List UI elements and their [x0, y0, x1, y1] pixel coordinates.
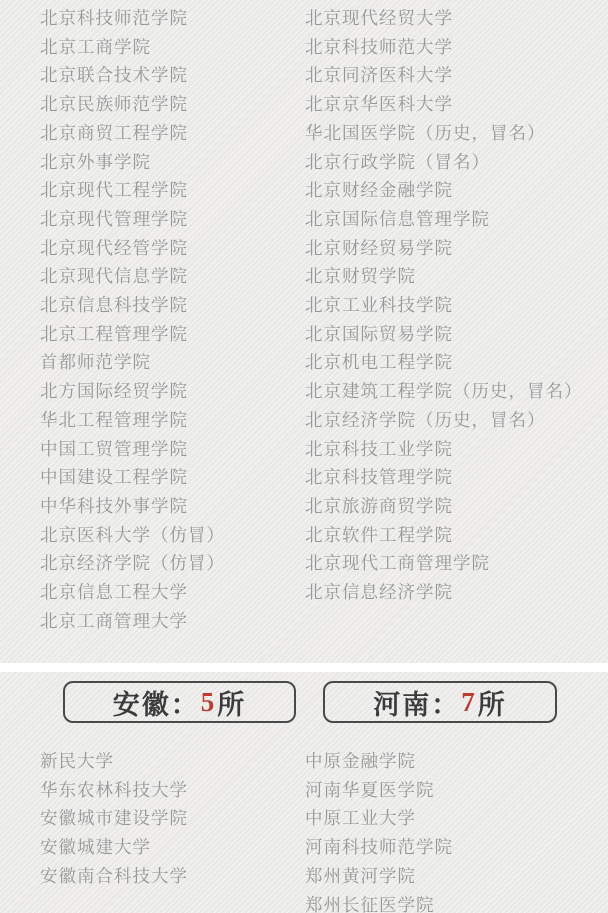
list-item: 中原金融学院: [305, 747, 453, 776]
list-item: 北京现代管理学院: [40, 205, 225, 234]
list-item: 北京现代信息学院: [40, 262, 225, 291]
list-item: 北京工商学院: [40, 33, 225, 62]
list-item: 北京科技管理学院: [305, 463, 583, 492]
region-count-suffix: 所: [217, 683, 246, 722]
list-item: 北京财经贸易学院: [305, 234, 583, 263]
list-item: 河南科技师范学院: [305, 833, 453, 862]
list-item: 安徽南合科技大学: [40, 862, 188, 891]
list-item: 北京外事学院: [40, 148, 225, 177]
list-item: 北京工商管理大学: [40, 607, 225, 636]
list-item: 北京京华医科大学: [305, 90, 583, 119]
region-header-henan: 河南： 7 所: [323, 681, 557, 723]
list-item: 郑州黄河学院: [305, 862, 453, 891]
list-item: 北京经济学院（仿冒）: [40, 549, 225, 578]
list-item: 郑州长征医学院: [305, 891, 453, 913]
list-item: 北京国际信息管理学院: [305, 205, 583, 234]
list-item: 北京科技工业学院: [305, 435, 583, 464]
list-item: 北京联合技术学院: [40, 61, 225, 90]
list-item: 北京经济学院（历史，冒名）: [305, 406, 583, 435]
region-count-suffix: 所: [478, 683, 507, 722]
top-section-left-column: 北京科技师范学院北京工商学院北京联合技术学院北京民族师范学院北京商贸工程学院北京…: [40, 4, 225, 635]
list-item: 中华科技外事学院: [40, 492, 225, 521]
list-item: 中国工贸管理学院: [40, 435, 225, 464]
region-count: 5: [200, 687, 218, 718]
list-item: 北京现代经贸大学: [305, 4, 583, 33]
list-item: 北京信息经济学院: [305, 578, 583, 607]
list-item: 华北国医学院（历史，冒名）: [305, 119, 583, 148]
list-item: 华北工程管理学院: [40, 406, 225, 435]
fake-university-list-page: 北京科技师范学院北京工商学院北京联合技术学院北京民族师范学院北京商贸工程学院北京…: [0, 0, 608, 913]
bottom-section-left-column: 新民大学华东农林科技大学安徽城市建设学院安徽城建大学安徽南合科技大学: [40, 747, 188, 891]
list-item: 安徽城建大学: [40, 833, 188, 862]
list-item: 北京机电工程学院: [305, 348, 583, 377]
region-count: 7: [460, 687, 478, 718]
list-item: 北京工程管理学院: [40, 320, 225, 349]
list-item: 北京软件工程学院: [305, 521, 583, 550]
region-header-anhui: 安徽： 5 所: [63, 681, 296, 723]
list-item: 北京信息工程大学: [40, 578, 225, 607]
bottom-section-right-column: 中原金融学院河南华夏医学院中原工业大学河南科技师范学院郑州黄河学院郑州长征医学院: [305, 747, 453, 913]
list-item: 首都师范学院: [40, 348, 225, 377]
list-item: 北京财经金融学院: [305, 176, 583, 205]
list-item: 北京行政学院（冒名）: [305, 148, 583, 177]
list-item: 北京现代工程学院: [40, 176, 225, 205]
top-section-right-column: 北京现代经贸大学北京科技师范大学北京同济医科大学北京京华医科大学华北国医学院（历…: [305, 4, 583, 607]
list-item: 安徽城市建设学院: [40, 804, 188, 833]
list-item: 北京现代工商管理学院: [305, 549, 583, 578]
list-item: 华东农林科技大学: [40, 776, 188, 805]
list-item: 北京科技师范大学: [305, 33, 583, 62]
section-divider: [0, 663, 608, 672]
list-item: 北京工业科技学院: [305, 291, 583, 320]
list-item: 北京旅游商贸学院: [305, 492, 583, 521]
list-item: 北京民族师范学院: [40, 90, 225, 119]
list-item: 中原工业大学: [305, 804, 453, 833]
region-label: 河南：: [373, 683, 460, 722]
region-label: 安徽：: [113, 683, 200, 722]
list-item: 河南华夏医学院: [305, 776, 453, 805]
list-item: 北京国际贸易学院: [305, 320, 583, 349]
list-item: 北京科技师范学院: [40, 4, 225, 33]
list-item: 北方国际经贸学院: [40, 377, 225, 406]
list-item: 中国建设工程学院: [40, 463, 225, 492]
list-item: 北京商贸工程学院: [40, 119, 225, 148]
list-item: 北京财贸学院: [305, 262, 583, 291]
list-item: 北京现代经管学院: [40, 234, 225, 263]
list-item: 北京建筑工程学院（历史，冒名）: [305, 377, 583, 406]
list-item: 北京同济医科大学: [305, 61, 583, 90]
list-item: 北京信息科技学院: [40, 291, 225, 320]
list-item: 北京医科大学（仿冒）: [40, 521, 225, 550]
list-item: 新民大学: [40, 747, 188, 776]
